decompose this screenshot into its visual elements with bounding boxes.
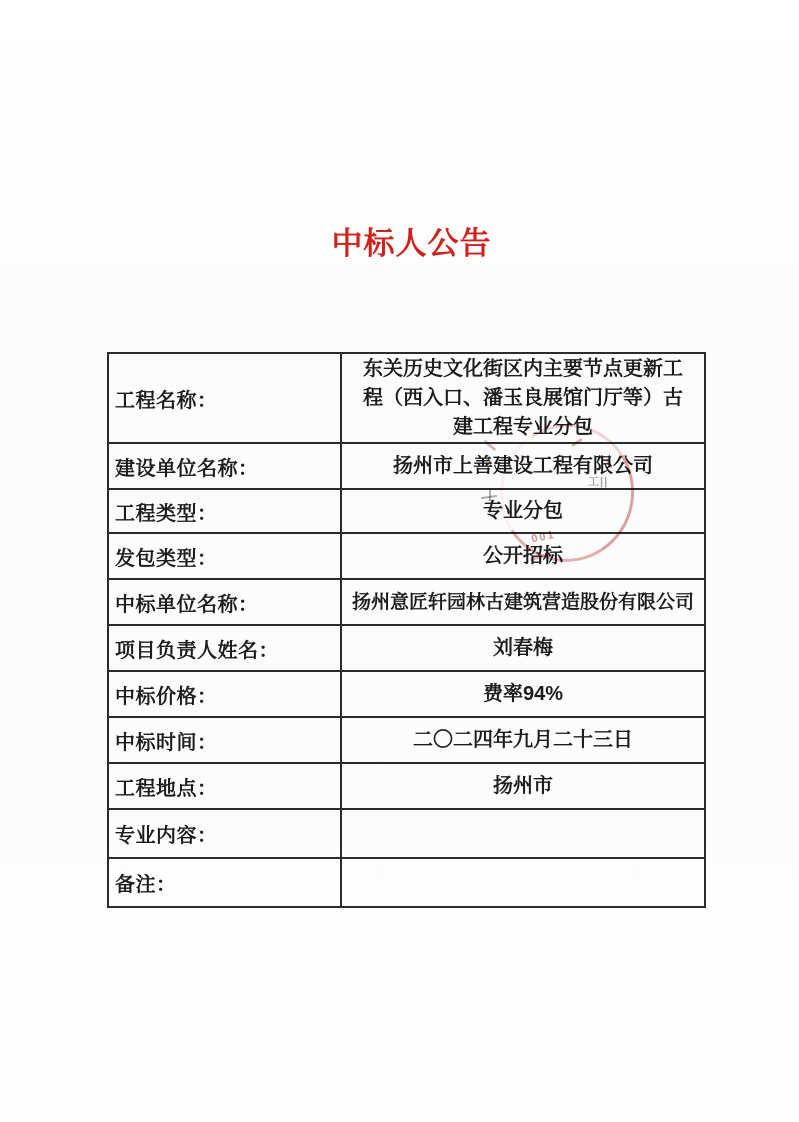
table-row: 中标价格： 费率94% bbox=[109, 670, 704, 716]
page-title: 中标人公告 bbox=[12, 218, 799, 263]
row-label: 工程地点： bbox=[109, 764, 342, 808]
row-label: 中标时间： bbox=[109, 718, 342, 762]
row-value bbox=[342, 810, 704, 857]
row-label: 建设单位名称： bbox=[109, 444, 342, 488]
row-label: 项目负责人姓名： bbox=[109, 626, 342, 670]
table-row: 发包类型： 公开招标 bbox=[109, 532, 704, 578]
table-row: 备注： bbox=[109, 857, 704, 906]
row-value: 东关历史文化街区内主要节点更新工程（西入口、潘玉良展馆门厅等）古建工程专业分包 bbox=[342, 354, 704, 442]
table-row: 工程地点： 扬州市 bbox=[109, 762, 704, 808]
row-label: 发包类型： bbox=[109, 534, 342, 578]
row-value bbox=[342, 859, 704, 906]
row-value: 刘春梅 bbox=[342, 626, 704, 670]
row-label: 备注： bbox=[109, 859, 342, 906]
document-page: 中标人公告 工程名称： 东关历史文化街区内主要节点更新工程（西入口、潘玉良展馆门… bbox=[0, 0, 799, 1122]
table-row: 工程名称： 东关历史文化街区内主要节点更新工程（西入口、潘玉良展馆门厅等）古建工… bbox=[109, 354, 704, 442]
row-value: 二〇二四年九月二十三日 bbox=[342, 718, 704, 762]
table-row: 建设单位名称： 扬州市上善建设工程有限公司 bbox=[109, 442, 704, 488]
table-row: 专业内容： bbox=[109, 808, 704, 857]
row-value: 扬州市上善建设工程有限公司 bbox=[342, 444, 704, 488]
row-value: 专业分包 bbox=[342, 490, 704, 532]
table-row: 中标单位名称： 扬州意匠轩园林古建筑营造股份有限公司 bbox=[109, 578, 704, 624]
row-value: 扬州意匠轩园林古建筑营造股份有限公司 bbox=[342, 580, 704, 624]
row-label: 工程类型： bbox=[109, 490, 342, 532]
row-value: 费率94% bbox=[342, 672, 704, 716]
announcement-table: 工程名称： 东关历史文化街区内主要节点更新工程（西入口、潘玉良展馆门厅等）古建工… bbox=[107, 352, 706, 908]
table-row: 中标时间： 二〇二四年九月二十三日 bbox=[109, 716, 704, 762]
row-label: 工程名称： bbox=[109, 354, 342, 442]
row-label: 中标单位名称： bbox=[109, 580, 342, 624]
row-value: 公开招标 bbox=[342, 534, 704, 578]
row-label: 中标价格： bbox=[109, 672, 342, 716]
row-label: 专业内容： bbox=[109, 810, 342, 857]
row-value: 扬州市 bbox=[342, 764, 704, 808]
table-row: 项目负责人姓名： 刘春梅 bbox=[109, 624, 704, 670]
table-row: 工程类型： 专业分包 bbox=[109, 488, 704, 532]
